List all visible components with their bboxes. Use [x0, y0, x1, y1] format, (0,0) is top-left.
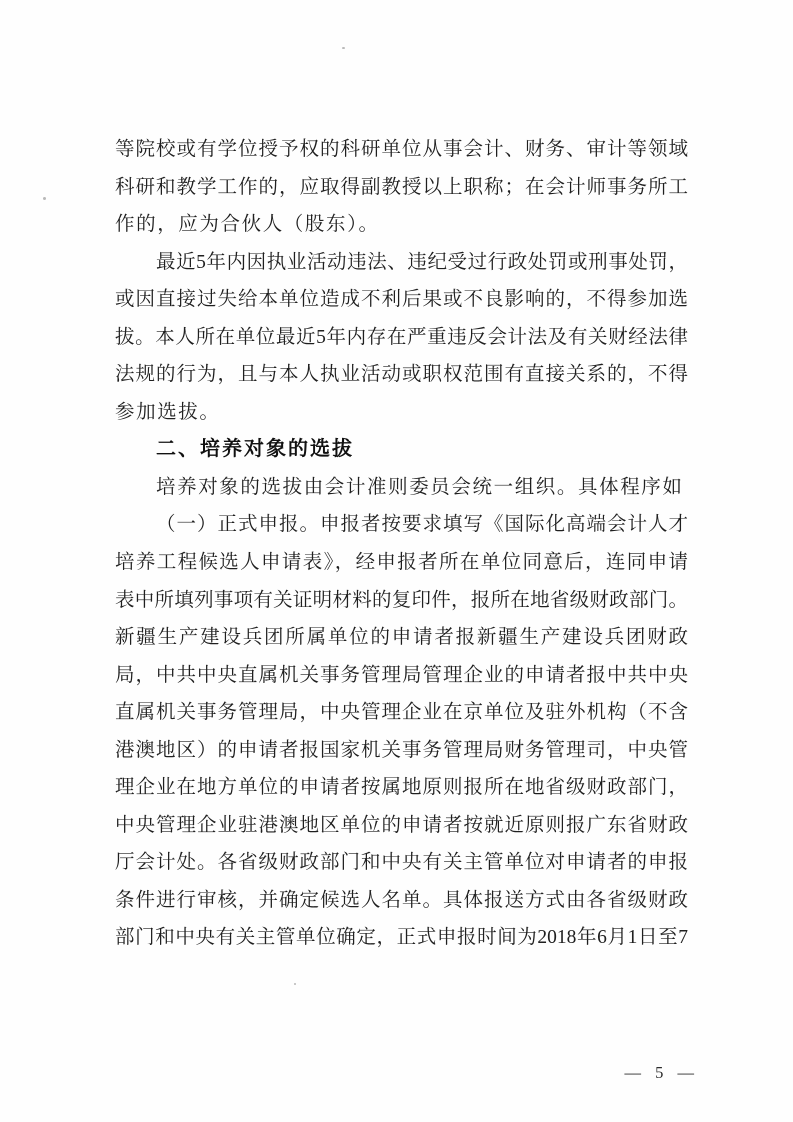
text-line: 培养对象的选拔由会计准则委员会统一组织。具体程序如下： [115, 469, 688, 507]
page-number: — 5 — [625, 1063, 700, 1083]
text-line: 表中所填列事项有关证明材料的复印件，报所在地省级财政部门。 [115, 582, 688, 620]
text-line: （一）正式申报。申报者按要求填写《国际化高端会计人才 [115, 506, 688, 544]
text-line: 条件进行审核，并确定候选人名单。具体报送方式由各省级财政 [115, 882, 688, 920]
text-line: 二、培养对象的选拔 [115, 431, 688, 469]
paragraph: （一）正式申报。申报者按要求填写《国际化高端会计人才培养工程候选人申请表》，经申… [115, 506, 688, 957]
document-page: 等院校或有学位授予权的科研单位从事会计、财务、审计等领域科研和教学工作的，应取得… [0, 0, 793, 1122]
text-line: 或因直接过失给本单位造成不利后果或不良影响的，不得参加选 [115, 281, 688, 319]
text-line: 理企业在地方单位的申请者按属地原则报所在地省级财政部门， [115, 769, 688, 807]
text-line: 最近5年内因执业活动违法、违纪受过行政处罚或刑事处罚， [115, 244, 688, 282]
scan-speck [294, 983, 296, 985]
text-line: 参加选拔。 [115, 394, 688, 432]
paragraph: 最近5年内因执业活动违法、违纪受过行政处罚或刑事处罚，或因直接过失给本单位造成不… [115, 244, 688, 432]
text-line: 拔。本人所在单位最近5年内存在严重违反会计法及有关财经法律 [115, 319, 688, 357]
scan-speck [342, 47, 345, 49]
text-line: 科研和教学工作的，应取得副教授以上职称；在会计师事务所工 [115, 169, 688, 207]
paragraph: 培养对象的选拔由会计准则委员会统一组织。具体程序如下： [115, 469, 688, 507]
document-body: 等院校或有学位授予权的科研单位从事会计、财务、审计等领域科研和教学工作的，应取得… [115, 131, 688, 957]
section-heading: 二、培养对象的选拔 [115, 431, 688, 469]
text-line: 作的，应为合伙人（股东）。 [115, 206, 688, 244]
text-line: 新疆生产建设兵团所属单位的申请者报新疆生产建设兵团财政 [115, 619, 688, 657]
text-line: 厅会计处。各省级财政部门和中央有关主管单位对申请者的申报 [115, 844, 688, 882]
text-line: 直属机关事务管理局，中央管理企业在京单位及驻外机构（不含 [115, 694, 688, 732]
text-line: 港澳地区）的申请者报国家机关事务管理局财务管理司，中央管 [115, 732, 688, 770]
text-line: 等院校或有学位授予权的科研单位从事会计、财务、审计等领域 [115, 131, 688, 169]
text-line: 中央管理企业驻港澳地区单位的申请者按就近原则报广东省财政 [115, 807, 688, 845]
paragraph: 等院校或有学位授予权的科研单位从事会计、财务、审计等领域科研和教学工作的，应取得… [115, 131, 688, 244]
text-line: 部门和中央有关主管单位确定，正式申报时间为2018年6月1日至7 [115, 919, 688, 957]
text-line: 局，中共中央直属机关事务管理局管理企业的申请者报中共中央 [115, 657, 688, 695]
scan-speck [43, 197, 46, 200]
text-line: 培养工程候选人申请表》，经申报者所在单位同意后，连同申请 [115, 544, 688, 582]
text-line: 法规的行为，且与本人执业活动或职权范围有直接关系的，不得 [115, 356, 688, 394]
